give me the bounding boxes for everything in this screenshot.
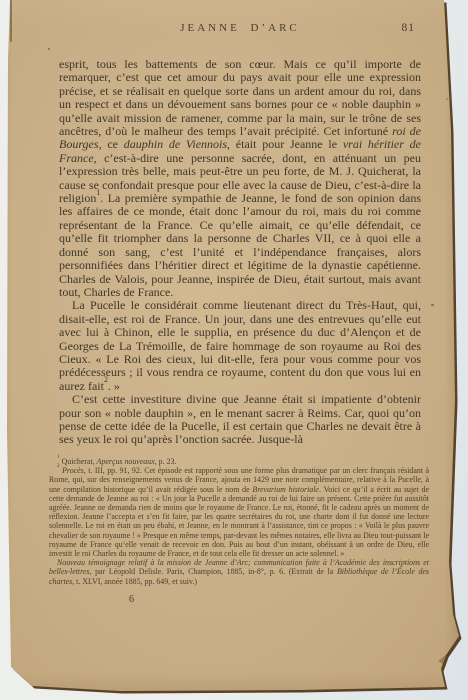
paper-speck (446, 98, 448, 100)
paper-speck (431, 304, 434, 306)
body-paragraph: esprit, tous les battements de son cœur.… (59, 58, 421, 299)
footnotes: 1 Quicherat, Aperçus nouveaux, p. 23. 2 … (49, 457, 429, 605)
signature-mark: 6 (129, 594, 429, 605)
text-block: JEANNE D’ARC 81 esprit, tous les batteme… (59, 22, 421, 447)
paper-speck (48, 48, 50, 50)
body-paragraph: C’est cette investiture divine que Jeann… (59, 393, 421, 447)
body-paragraph: La Pucelle le considérait comme lieutena… (59, 299, 421, 393)
body-text: esprit, tous les battements de son cœur.… (59, 58, 421, 447)
running-title: JEANNE D’ARC (59, 22, 421, 34)
book-page: JEANNE D’ARC 81 esprit, tous les batteme… (0, 0, 468, 700)
page-number: 81 (402, 22, 416, 34)
crease-mark (10, 0, 12, 42)
page-header: JEANNE D’ARC 81 (59, 22, 421, 37)
footnote: Nouveau témoignage relatif à la mission … (49, 558, 429, 586)
footnote: 2 Procès, t. III, pp. 91, 92. Cet épisod… (49, 466, 429, 558)
scanned-book-photo: JEANNE D’ARC 81 esprit, tous les batteme… (0, 0, 468, 700)
footnote: 1 Quicherat, Aperçus nouveaux, p. 23. (49, 457, 429, 466)
